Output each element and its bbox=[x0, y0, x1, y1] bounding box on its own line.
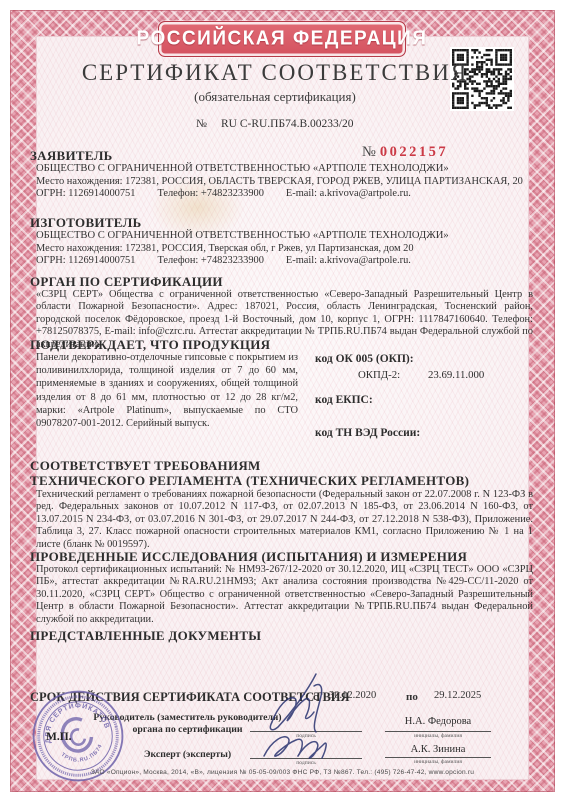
code-tnved-label: код ТН ВЭД России: bbox=[315, 427, 420, 439]
applicant-details: ОГРН: 1126914000751Телефон: +74823233900… bbox=[36, 188, 533, 200]
applicant-address: Место нахождения: 172381, РОССИЯ, ОБЛАСТ… bbox=[36, 176, 533, 188]
number-sign: № bbox=[196, 118, 207, 130]
certificate-number-value: RU C-RU.ПБ74.В.00233/20 bbox=[221, 118, 353, 130]
documents-heading: ПРЕДСТАВЛЕННЫЕ ДОКУМЕНТЫ bbox=[30, 628, 261, 644]
document-subtitle: (обязательная сертификация) bbox=[40, 89, 510, 105]
applicant-ogrn: ОГРН: 1126914000751 bbox=[36, 188, 135, 199]
compliance-text: Технический регламент о требованиях пожа… bbox=[36, 489, 533, 551]
applicant-phone: Телефон: +74823233900 bbox=[157, 188, 263, 199]
manufacturer-heading: ИЗГОТОВИТЕЛЬ bbox=[30, 215, 141, 231]
blank-number-value: 0022157 bbox=[380, 144, 448, 160]
manufacturer-phone: Телефон: +74823233900 bbox=[157, 255, 263, 266]
applicant-email: E-mail: a.krivova@artpole.ru. bbox=[286, 188, 411, 199]
product-description: Панели декоративно-отделочные гипсовые с… bbox=[36, 351, 298, 430]
expert-name-caption: инициалы, фамилия bbox=[385, 759, 491, 765]
head-signature bbox=[258, 672, 378, 734]
blank-number: №0022157 bbox=[362, 144, 448, 161]
code-ekps-label: код ЕКПС: bbox=[315, 394, 373, 406]
code-okpd2-value: 23.69.11.000 bbox=[428, 369, 484, 381]
compliance-heading-2: ТЕХНИЧЕСКОГО РЕГЛАМЕНТА (ТЕХНИЧЕСКИХ РЕГ… bbox=[30, 473, 469, 489]
cert-body-heading: ОРГАН ПО СЕРТИФИКАЦИИ bbox=[30, 274, 223, 290]
code-ok005-label: код ОК 005 (ОКП): bbox=[315, 353, 414, 365]
number-sign: № bbox=[362, 144, 376, 160]
certificate-number: №RU C-RU.ПБ74.В.00233/20 bbox=[196, 118, 353, 130]
head-name-line bbox=[385, 731, 491, 732]
expert-name: А.К. Зинина bbox=[383, 744, 493, 755]
tests-heading: ПРОВЕДЕННЫЕ ИССЛЕДОВАНИЯ (ИСПЫТАНИЯ) И И… bbox=[30, 549, 467, 565]
expert-signature bbox=[258, 730, 368, 764]
head-name-caption: инициалы, фамилия bbox=[385, 733, 491, 739]
head-name: Н.А. Федорова bbox=[383, 716, 493, 727]
manufacturer-ogrn: ОГРН: 1126914000751 bbox=[36, 255, 135, 266]
applicant-name: ОБЩЕСТВО С ОГРАНИЧЕННОЙ ОТВЕТСТВЕННОСТЬЮ… bbox=[36, 163, 533, 175]
applicant-heading: ЗАЯВИТЕЛЬ bbox=[30, 148, 113, 164]
country-banner: РОССИЙСКАЯ ФЕДЕРАЦИЯ bbox=[158, 21, 406, 57]
printer-imprint: ЗАО «Опцион», Москва, 2014, «В», лицензи… bbox=[0, 769, 565, 776]
tests-text: Протокол сертификационных испытаний: № Н… bbox=[36, 564, 533, 626]
manufacturer-email: E-mail: a.krivova@artpole.ru. bbox=[286, 255, 411, 266]
validity-to-date: 29.12.2025 bbox=[434, 690, 481, 701]
document-title: СЕРТИФИКАТ СООТВЕТСТВИЯ bbox=[40, 60, 510, 86]
seal-place-label: М.П. bbox=[46, 731, 72, 743]
manufacturer-details: ОГРН: 1126914000751Телефон: +74823233900… bbox=[36, 255, 533, 267]
expert-name-line bbox=[385, 757, 491, 758]
code-okpd2-label: ОКПД-2: bbox=[358, 369, 400, 381]
manufacturer-name: ОБЩЕСТВО С ОГРАНИЧЕННОЙ ОТВЕТСТВЕННОСТЬЮ… bbox=[36, 230, 533, 242]
manufacturer-address: Место нахождения: 172381, РОССИЯ, Тверск… bbox=[36, 243, 533, 255]
compliance-heading-1: СООТВЕТСТВУЕТ ТРЕБОВАНИЯМ bbox=[30, 458, 261, 474]
country-banner-label: РОССИЙСКАЯ ФЕДЕРАЦИЯ bbox=[137, 27, 428, 51]
validity-to-label: по bbox=[406, 691, 418, 703]
